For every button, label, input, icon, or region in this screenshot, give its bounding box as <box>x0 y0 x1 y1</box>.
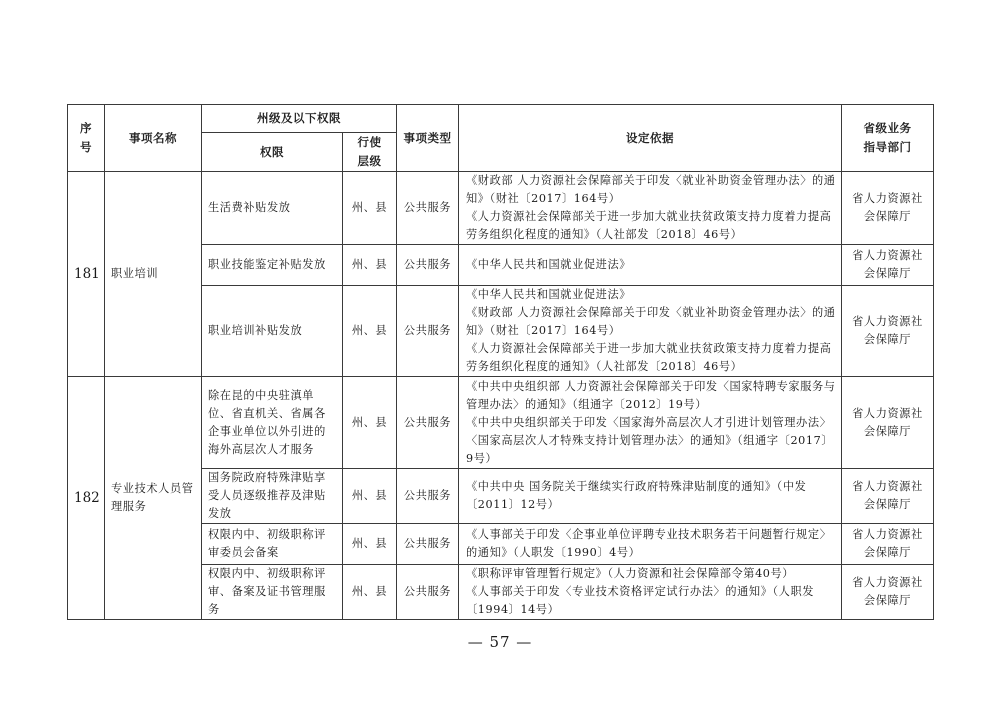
dept-cell: 省人力资源社会保障厅 <box>842 172 934 245</box>
header-level-line1: 行使 <box>358 135 382 149</box>
table-header: 序 号 事项名称 州级及以下权限 事项类型 设定依据 省级业务 指导部门 权限 … <box>68 105 934 172</box>
header-state-level-group: 州级及以下权限 <box>202 105 397 133</box>
dept-cell: 省人力资源社会保障厅 <box>842 524 934 565</box>
type-cell: 公共服务 <box>397 245 459 286</box>
authority-cell: 国务院政府特殊津贴享受人员逐级推荐及津贴发放 <box>202 469 343 524</box>
page-number: — 57 — <box>0 633 1000 651</box>
item-name-cell: 专业技术人员管理服务 <box>105 377 202 620</box>
basis-line: 《中共中央 国务院关于继续实行政府特殊津贴制度的通知》（中发〔2011〕12号） <box>466 478 837 514</box>
level-cell: 州、县 <box>343 245 397 286</box>
level-cell: 州、县 <box>343 565 397 620</box>
basis-cell: 《职称评审管理暂行规定》（人力资源和社会保障部令第40号） 《人事部关于印发〈专… <box>459 565 842 620</box>
basis-cell: 《中华人民共和国就业促进法》 《财政部 人力资源社会保障部关于印发〈就业补助资金… <box>459 286 842 377</box>
header-exercise-level: 行使 层级 <box>343 133 397 172</box>
basis-line: 《人力资源社会保障部关于进一步加大就业扶贫政策支持力度着力提高劳务组织化程度的通… <box>466 340 837 376</box>
basis-line: 《中华人民共和国就业促进法》 <box>466 286 837 304</box>
basis-line: 《人力资源社会保障部关于进一步加大就业扶贫政策支持力度着力提高劳务组织化程度的通… <box>466 208 837 244</box>
authority-cell: 生活费补贴发放 <box>202 172 343 245</box>
header-seq: 序 号 <box>68 105 105 172</box>
item-name-cell: 职业培训 <box>105 172 202 377</box>
header-basis: 设定依据 <box>459 105 842 172</box>
header-seq-line1: 序 <box>80 121 92 135</box>
seq-cell: 181 <box>68 172 105 377</box>
header-dept-line2: 指导部门 <box>864 140 912 154</box>
level-cell: 州、县 <box>343 469 397 524</box>
header-item-type: 事项类型 <box>397 105 459 172</box>
basis-line: 《财政部 人力资源社会保障部关于印发〈就业补助资金管理办法〉的通知》（财社〔20… <box>466 172 837 208</box>
level-cell: 州、县 <box>343 172 397 245</box>
type-cell: 公共服务 <box>397 286 459 377</box>
type-cell: 公共服务 <box>397 172 459 245</box>
header-level-line2: 层级 <box>358 154 382 168</box>
basis-line: 《中共中央组织部关于印发〈国家海外高层次人才引进计划管理办法〉〈国家高层次人才特… <box>466 414 837 468</box>
document-page: 序 号 事项名称 州级及以下权限 事项类型 设定依据 省级业务 指导部门 权限 … <box>0 0 1000 707</box>
authority-table: 序 号 事项名称 州级及以下权限 事项类型 设定依据 省级业务 指导部门 权限 … <box>67 104 934 620</box>
type-cell: 公共服务 <box>397 377 459 469</box>
level-cell: 州、县 <box>343 286 397 377</box>
basis-cell: 《财政部 人力资源社会保障部关于印发〈就业补助资金管理办法〉的通知》（财社〔20… <box>459 172 842 245</box>
level-cell: 州、县 <box>343 377 397 469</box>
basis-line: 《中共中央组织部 人力资源社会保障部关于印发〈国家特聘专家服务与管理办法〉的通知… <box>466 378 837 414</box>
dept-cell: 省人力资源社会保障厅 <box>842 377 934 469</box>
table-body: 181 职业培训 生活费补贴发放 州、县 公共服务 《财政部 人力资源社会保障部… <box>68 172 934 620</box>
basis-line: 《财政部 人力资源社会保障部关于印发〈就业补助资金管理办法〉的通知》（财社〔20… <box>466 304 837 340</box>
dept-cell: 省人力资源社会保障厅 <box>842 245 934 286</box>
header-provincial-dept: 省级业务 指导部门 <box>842 105 934 172</box>
table-row: 182 专业技术人员管理服务 除在昆的中央驻滇单位、省直机关、省属各企事业单位以… <box>68 377 934 469</box>
authority-cell: 权限内中、初级职称评审、备案及证书管理服务 <box>202 565 343 620</box>
basis-cell: 《中共中央组织部 人力资源社会保障部关于印发〈国家特聘专家服务与管理办法〉的通知… <box>459 377 842 469</box>
seq-cell: 182 <box>68 377 105 620</box>
basis-line: 《职称评审管理暂行规定》（人力资源和社会保障部令第40号） <box>466 565 837 583</box>
authority-cell: 职业培训补贴发放 <box>202 286 343 377</box>
authority-cell: 职业技能鉴定补贴发放 <box>202 245 343 286</box>
type-cell: 公共服务 <box>397 565 459 620</box>
header-authority: 权限 <box>202 133 343 172</box>
level-cell: 州、县 <box>343 524 397 565</box>
dept-cell: 省人力资源社会保障厅 <box>842 286 934 377</box>
type-cell: 公共服务 <box>397 524 459 565</box>
authority-cell: 权限内中、初级职称评审委员会备案 <box>202 524 343 565</box>
header-dept-line1: 省级业务 <box>864 121 912 135</box>
dept-cell: 省人力资源社会保障厅 <box>842 565 934 620</box>
basis-cell: 《中华人民共和国就业促进法》 <box>459 245 842 286</box>
authority-cell: 除在昆的中央驻滇单位、省直机关、省属各企事业单位以外引进的海外高层次人才服务 <box>202 377 343 469</box>
dept-cell: 省人力资源社会保障厅 <box>842 469 934 524</box>
basis-cell: 《人事部关于印发〈企事业单位评聘专业技术职务若干问题暂行规定〉的通知》（人职发〔… <box>459 524 842 565</box>
type-cell: 公共服务 <box>397 469 459 524</box>
basis-line: 《人事部关于印发〈企事业单位评聘专业技术职务若干问题暂行规定〉的通知》（人职发〔… <box>466 526 837 562</box>
basis-cell: 《中共中央 国务院关于继续实行政府特殊津贴制度的通知》（中发〔2011〕12号） <box>459 469 842 524</box>
header-item-name: 事项名称 <box>105 105 202 172</box>
basis-line: 《人事部关于印发〈专业技术资格评定试行办法〉的通知》（人职发〔1994〕14号） <box>466 583 837 619</box>
table-row: 181 职业培训 生活费补贴发放 州、县 公共服务 《财政部 人力资源社会保障部… <box>68 172 934 245</box>
basis-line: 《中华人民共和国就业促进法》 <box>466 256 837 274</box>
header-seq-line2: 号 <box>80 140 92 154</box>
